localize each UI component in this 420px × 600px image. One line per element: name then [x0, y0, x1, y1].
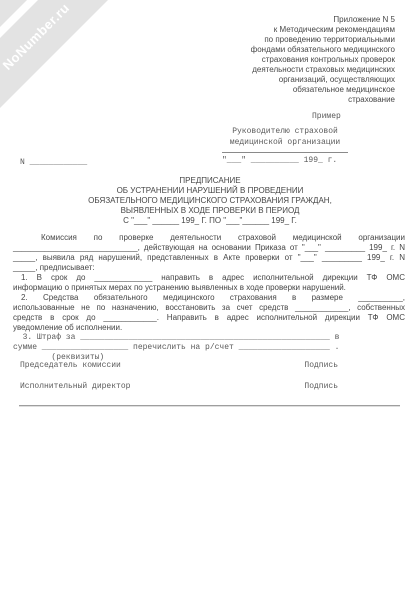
doc-line: ____________________________, действующа… — [13, 243, 405, 253]
signature-caption: Подпись — [304, 382, 338, 391]
example-label: Пример — [312, 112, 341, 121]
doc-line: сумме __________________ перечислить на … — [13, 343, 405, 353]
signature-role: Председатель комиссии — [20, 361, 121, 370]
addressee-block: Руководителю страховоймедицинской органи… — [222, 126, 348, 148]
signature-caption: Подпись — [304, 361, 338, 370]
appendix-header-line: по проведению территориальными — [251, 35, 395, 45]
document-title-line: ВЫЯВЛЕННЫХ В ХОДЕ ПРОВЕРКИ В ПЕРИОД — [0, 206, 420, 216]
signature-block: Председатель комиссии Подпись Исполнител… — [20, 361, 338, 403]
appendix-header-line: деятельности страховых медицинских — [251, 65, 395, 75]
document-title: ПРЕДПИСАНИЕОБ УСТРАНЕНИИ НАРУШЕНИЙ В ПРО… — [0, 176, 420, 226]
doc-line: информацию о принятых мерах по устранени… — [13, 283, 405, 293]
doc-line: 3. Штраф за ____________________________… — [13, 333, 405, 343]
document-page: NoNumber.ru Приложение N 5к Методическим… — [0, 0, 420, 600]
document-body: Комиссия по проверке деятельности страхо… — [13, 233, 405, 363]
document-title-line: ОБ УСТРАНЕНИИ НАРУШЕНИЙ В ПРОВЕДЕНИИ — [0, 186, 420, 196]
doc-line: _____, предписывает: — [13, 263, 405, 273]
date-blank: "___" __________ 199_ г. — [222, 152, 348, 165]
horizontal-rule — [19, 405, 400, 406]
appendix-header-line: страхование — [251, 95, 395, 105]
document-title-line: ОБЯЗАТЕЛЬНОГО МЕДИЦИНСКОГО СТРАХОВАНИЯ Г… — [0, 196, 420, 206]
addressee-line: Руководителю страховой — [222, 126, 348, 137]
doc-line: 1. В срок до _____________ направить в а… — [13, 273, 405, 283]
appendix-header-line: фондами обязательного медицинского — [251, 45, 395, 55]
doc-line: _____, выявила ряд нарушений, представле… — [13, 253, 405, 263]
document-title-line: ПРЕДПИСАНИЕ — [0, 176, 420, 186]
document-title-line: С "___" ______ 199_ Г. ПО "___"______ 19… — [0, 216, 420, 226]
signature-row-chairman: Председатель комиссии Подпись — [20, 361, 338, 370]
addressee-line: медицинской организации — [222, 137, 348, 148]
document-number-blank: N ____________ — [20, 158, 87, 167]
appendix-header-line: страхования контрольных проверок — [251, 55, 395, 65]
doc-line: Комиссия по проверке деятельности страхо… — [13, 233, 405, 243]
doc-line: уведомление об исполнении. — [13, 323, 405, 333]
doc-line: 2. Средства обязательного медицинского с… — [13, 293, 405, 303]
signature-row-director: Исполнительный директор Подпись — [20, 382, 338, 391]
doc-line: использованные не по назначению, восстан… — [13, 303, 405, 313]
signature-role: Исполнительный директор — [20, 382, 130, 391]
appendix-header-line: организаций, осуществляющих — [251, 75, 395, 85]
doc-line: средств в срок до ____________. Направит… — [13, 313, 405, 323]
appendix-header-line: Приложение N 5 — [251, 15, 395, 25]
appendix-header: Приложение N 5к Методическим рекомендаци… — [251, 15, 395, 105]
appendix-header-line: к Методическим рекомендациям — [251, 25, 395, 35]
appendix-header-line: обязательное медицинское — [251, 85, 395, 95]
